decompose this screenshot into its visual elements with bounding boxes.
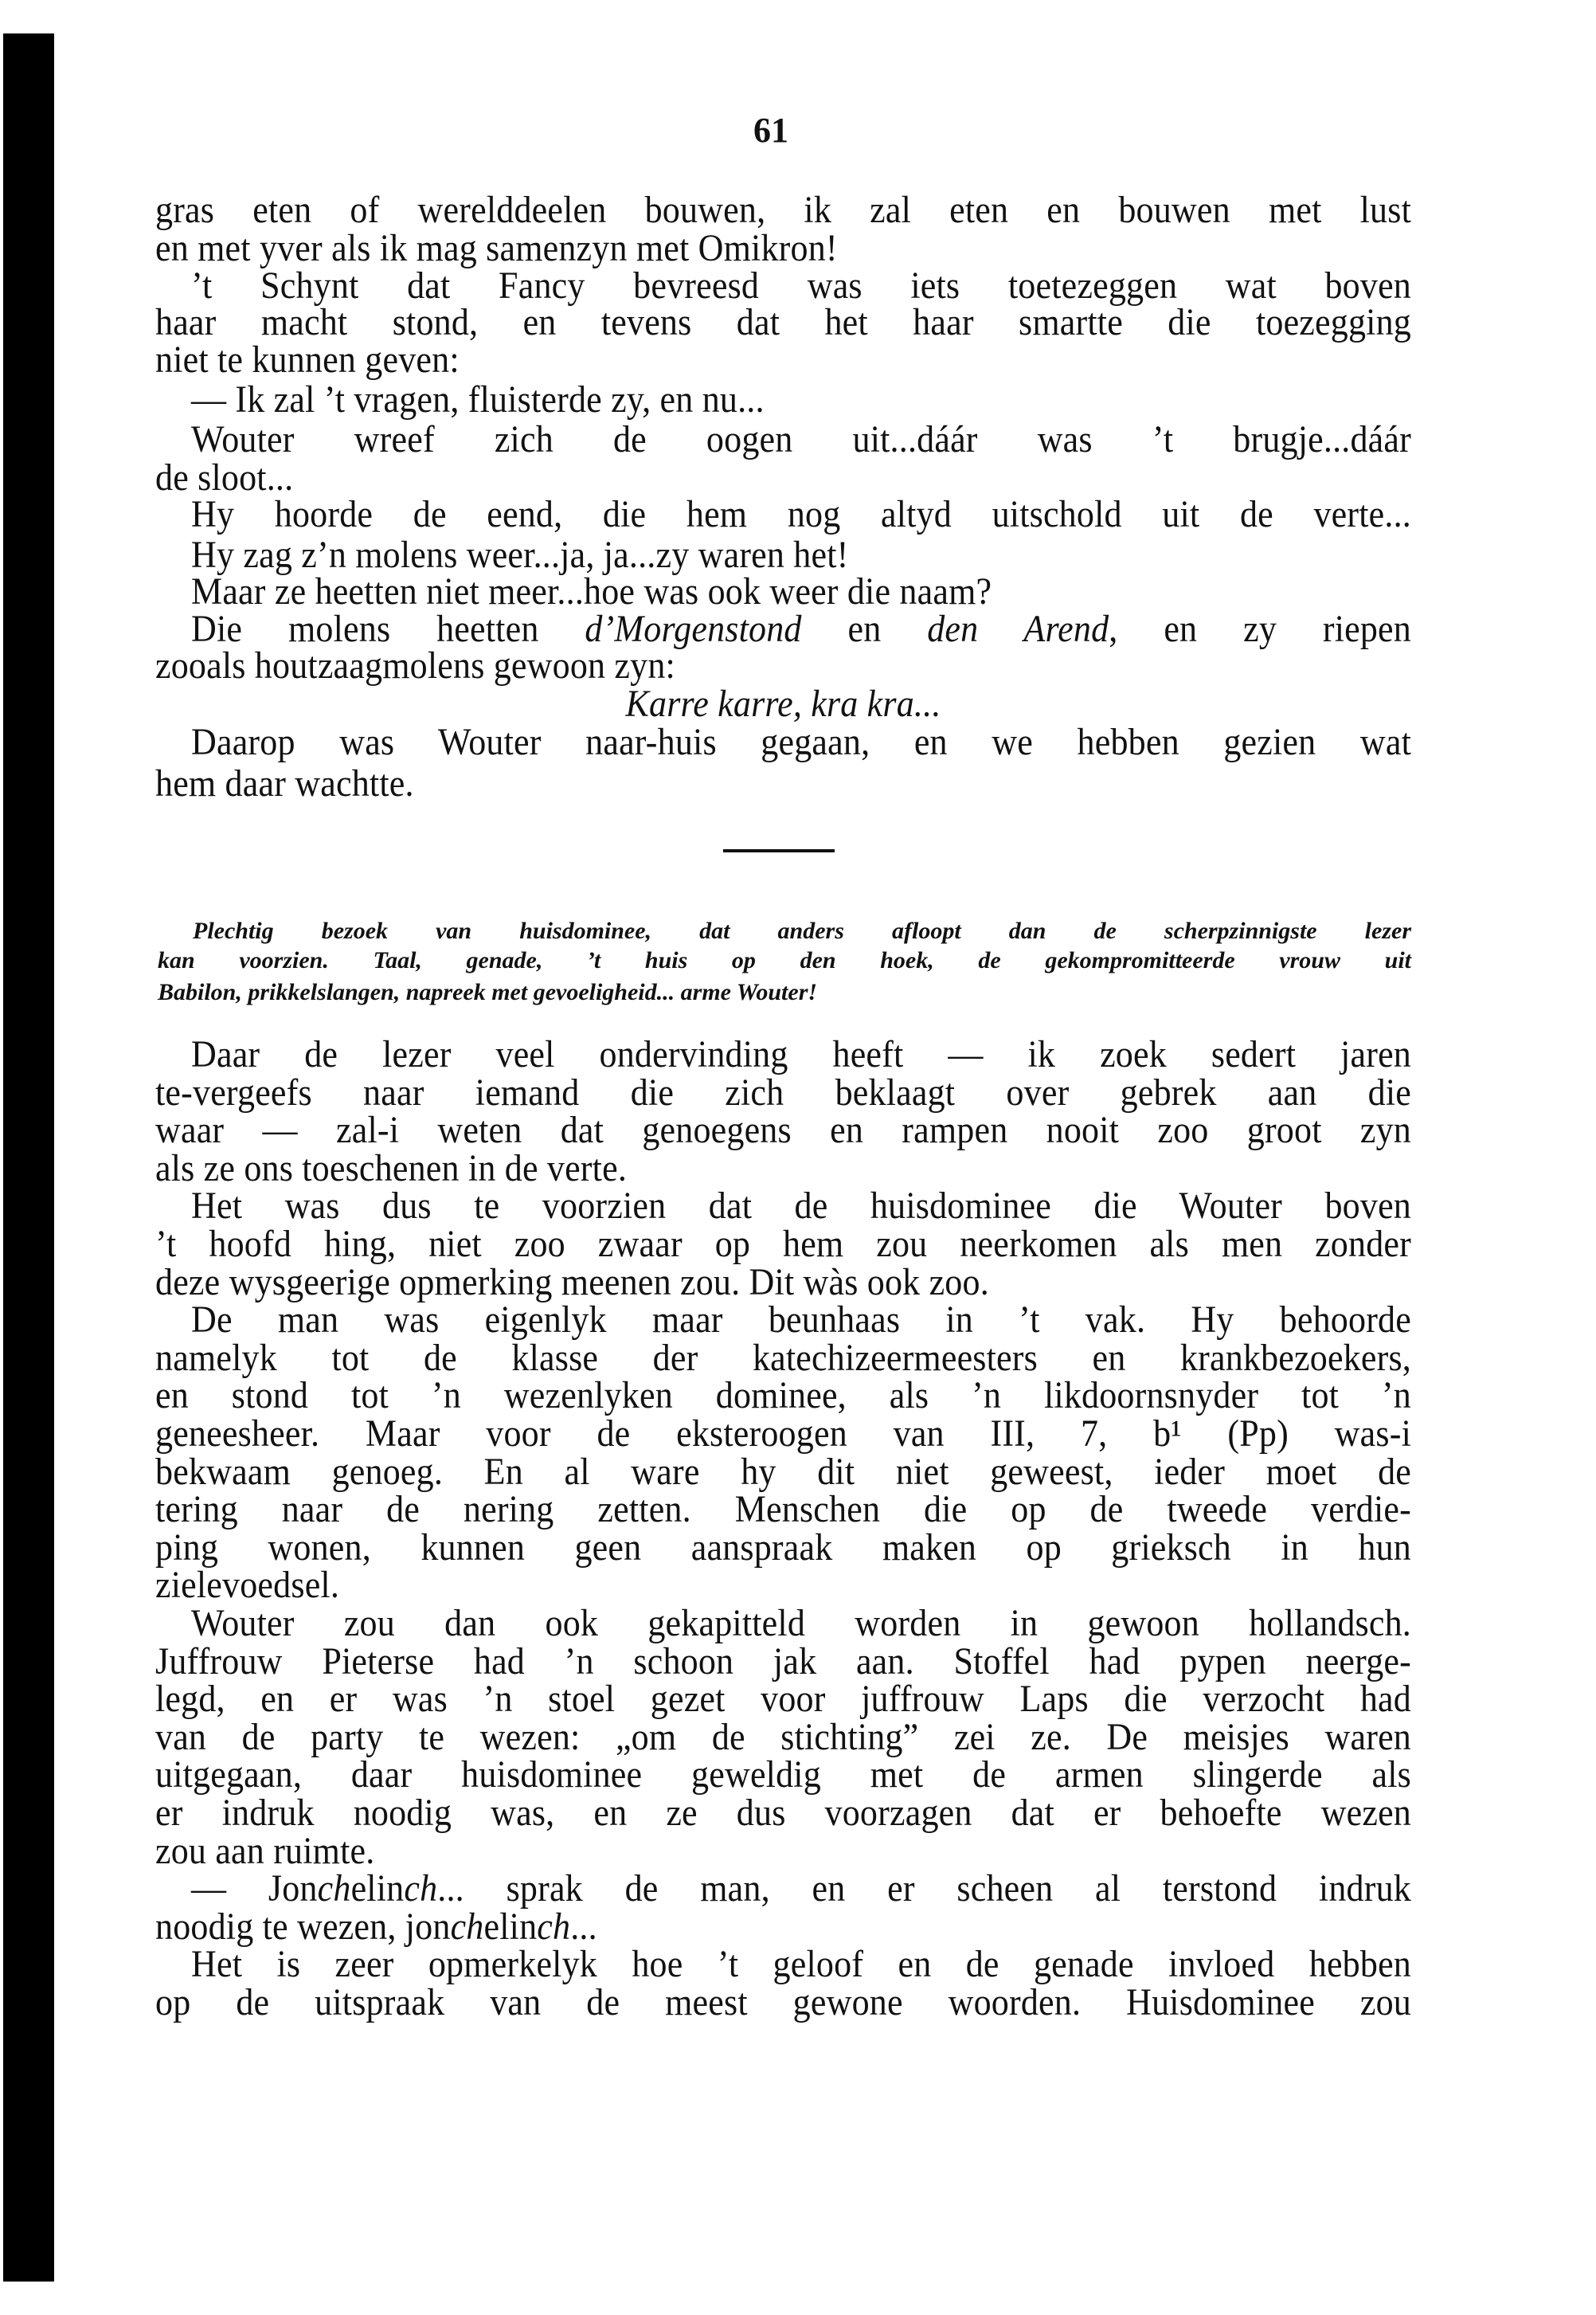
text-line: en stond tot ’n wezenlyken dominee, als … [155,1375,1411,1416]
text-line: hem daar wachtte. [155,763,1411,805]
text-line: noodig te wezen, jonchelinch... [155,1906,1411,1948]
text-line: Wouter zou dan ook gekapitteld worden in… [191,1603,1411,1644]
book-page: 61 gras eten of werelddeelen bouwen, ik … [0,0,1596,2315]
text-line: deze wysgeerige opmerking meenen zou. Di… [155,1262,1411,1303]
text-line: Maar ze heetten niet meer...hoe was ook … [191,571,1411,613]
text-line: geneesheer. Maar voor de eksteroogen van… [155,1413,1411,1455]
text-line: ping wonen, kunnen geen aanspraak maken … [155,1527,1411,1569]
summary-line: Babilon, prikkelslangen, napreek met gev… [158,979,1411,1006]
text-line: haar macht stond, en tevens dat het haar… [155,302,1411,343]
text-line: Juffrouw Pieterse had ’n schoon jak aan.… [155,1641,1411,1682]
text-line: Hy hoorde de eend, die hem nog altyd uit… [191,494,1411,535]
text-line: — Ik zal ’t vragen, fluisterde zy, en nu… [191,379,1411,421]
text-line: en met yver als ik mag samenzyn met Omik… [155,228,1411,269]
text-line: Karre karre, kra kra... [155,684,1411,725]
text-line: er indruk noodig was, en ze dus voorzage… [155,1792,1411,1834]
summary-line: Plechtig bezoek van huisdominee, dat and… [193,918,1411,945]
text-line: niet te kunnen geven: [155,339,1411,381]
text-line: van de party te wezen: „om de stichting”… [155,1717,1411,1758]
text-line: als ze ons toeschenen in de verte. [155,1148,1411,1189]
text-line: ’t hoofd hing, niet zoo zwaar op hem zou… [155,1224,1411,1265]
text-line: Daarop was Wouter naar-huis gegaan, en w… [191,722,1411,763]
section-separator [723,849,835,852]
text-line: uitgegaan, daar huisdominee geweldig met… [155,1754,1411,1796]
text-line: zielevoedsel. [155,1565,1411,1606]
text-line: Wouter wreef zich de oogen uit...dáár wa… [191,419,1411,460]
text-line: De man was eigenlyk maar beunhaas in ’t … [191,1299,1411,1341]
text-line: tering naar de nering zetten. Menschen d… [155,1489,1411,1530]
text-line: namelyk tot de klasse der katechizeermee… [155,1338,1411,1379]
text-line: te-vergeefs naar iemand die zich beklaag… [155,1072,1411,1114]
text-line: gras eten of werelddeelen bouwen, ik zal… [155,190,1411,231]
text-line: zooals houtzaagmolens gewoon zyn: [155,645,1411,687]
summary-line: kan voorzien. Taal, genade, ’t huis op d… [158,947,1411,974]
text-line: op de uitspraak van de meest gewone woor… [155,1982,1411,2023]
text-line: legd, en er was ’n stoel gezet voor juff… [155,1678,1411,1720]
text-line: zou aan ruimte. [155,1831,1411,1872]
text-line: — Jonchelinch... sprak de man, en er sch… [191,1868,1411,1910]
scan-binding-shadow [3,33,54,2282]
text-line: Daar de lezer veel ondervinding heeft — … [191,1034,1411,1075]
text-line: bekwaam genoeg. En al ware hy dit niet g… [155,1451,1411,1493]
text-line: Het was dus te voorzien dat de huisdomin… [191,1185,1411,1227]
text-line: Het is zeer opmerkelyk hoe ’t geloof en … [191,1944,1411,1985]
page-number: 61 [717,110,825,151]
text-line: waar — zal-i weten dat genoegens en ramp… [155,1110,1411,1151]
